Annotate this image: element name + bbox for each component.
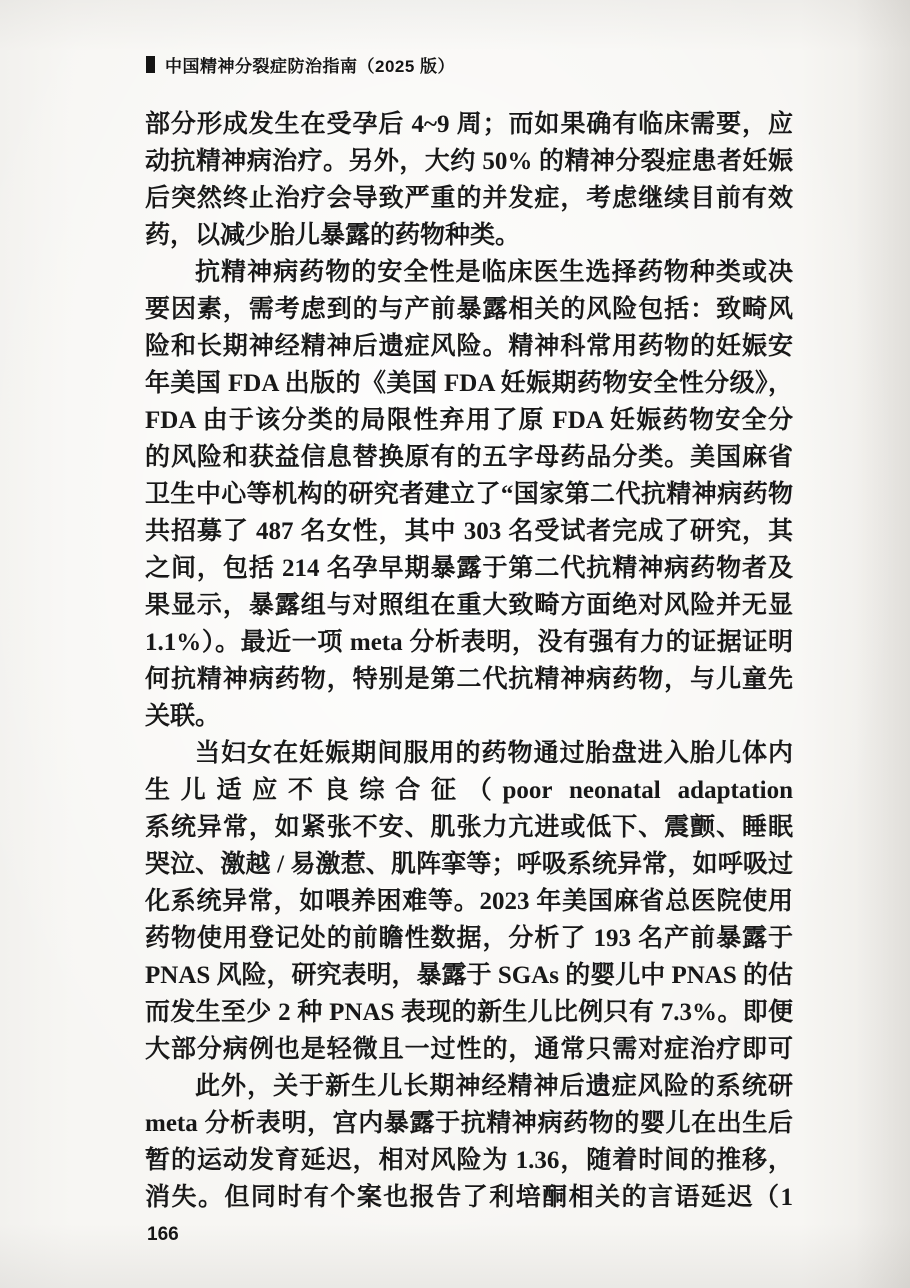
text-line: 药，以减少胎儿暴露的药物种类。 [145,217,793,254]
paragraph: 抗精神病药物的安全性是临床医生选择药物种类或决定是否换药的重要因素，需考虑到的与… [145,254,793,735]
text-line: 消失。但同时有个案也报告了利培酮相关的言语延迟（1 例）、氯氮平相关 [145,1179,793,1216]
text-line: 药物使用登记处的前瞻性数据，分析了 193 名产前暴露于 SGAs 的婴儿的 [145,920,793,957]
paragraph: 此外，关于新生儿长期神经精神后遗症风险的系统研究较少。一项meta 分析表明，宫… [145,1068,793,1216]
page-number: 166 [147,1224,179,1246]
text-line: 的风险和获益信息替换原有的五字母药品分类。美国麻省总医院妇女精神 [145,439,793,476]
text-line: 1.1%）。最近一项 meta 分析表明，没有强有力的证据证明产前暴露于任 [145,624,793,661]
header-title: 中国精神分裂症防治指南（2025 版） [165,52,455,77]
text-line: 卫生中心等机构的研究者建立了“国家第二代抗精神病药物妊娠登记处”， [145,476,793,513]
paragraph: 部分形成发生在受孕后 4~9 周；而如果确有临床需要，应在妊娠期间尽早启动抗精神… [145,106,793,254]
text-line: 要因素，需考虑到的与产前暴露相关的风险包括：致畸风险、新生儿毒性风 [145,291,793,328]
text-line: FDA 由于该分类的局限性弃用了原 FDA 妊娠药物安全分级，要求采用循证 [145,402,793,439]
text-line: 而发生至少 2 种 PNAS 表现的新生儿比例只有 7.3%。即便发生了 PNA… [145,994,793,1031]
text-line: 后突然终止治疗会导致严重的并发症，考虑继续目前有效的药物，而不是换 [145,180,793,217]
text-line: 之间，包括 214 名孕早期暴露于第二代抗精神病药物者及 89 名对照。结 [145,550,793,587]
text-line: 哭泣、激越 / 易激惹、肌阵挛等；呼吸系统异常，如呼吸过快、呼吸窘迫等；消 [145,846,793,883]
text-line: 年美国 FDA 出版的《美国 FDA 妊娠期药物安全性分级》，但 2015 年美… [145,365,793,402]
paragraph: 当妇女在妊娠期间服用的药物通过胎盘进入胎儿体内时，就会出现新生儿适应不良综合征（… [145,735,793,1068]
text-line: 险和长期神经精神后遗症风险。精神科常用药物的妊娠安全性曾参考 2008 [145,328,793,365]
text-line: 大部分病例也是轻微且一过性的，通常只需对症治疗即可治愈。 [145,1031,793,1068]
text-line: meta 分析表明，宫内暴露于抗精神病药物的婴儿在出生后 6 个月内存在短 [145,1105,793,1142]
document-body: 部分形成发生在受孕后 4~9 周；而如果确有临床需要，应在妊娠期间尽早启动抗精神… [145,106,793,1216]
text-line: 此外，关于新生儿长期神经精神后遗症风险的系统研究较少。一项 [145,1068,793,1105]
book-page: 中国精神分裂症防治指南（2025 版） 部分形成发生在受孕后 4~9 周；而如果… [0,0,910,1288]
text-line: 生儿适应不良综合征（poor neonatal adaptation syndr… [145,772,793,809]
text-line: 部分形成发生在受孕后 4~9 周；而如果确有临床需要，应在妊娠期间尽早启 [145,106,793,143]
text-line: 抗精神病药物的安全性是临床医生选择药物种类或决定是否换药的重 [145,254,793,291]
text-line: 何抗精神病药物，特别是第二代抗精神病药物，与儿童先天畸形之间存在 [145,661,793,698]
running-header: 中国精神分裂症防治指南（2025 版） [146,52,455,77]
text-line: 果显示，暴露组与对照组在重大致畸方面绝对风险并无显著差异（1.4% vs. [145,587,793,624]
text-line: 系统异常，如紧张不安、肌张力亢进或低下、震颤、睡眠困难、高音调 / 频繁 [145,809,793,846]
text-line: 关联。 [145,698,793,735]
text-line: 暂的运动发育延迟，相对风险为 1.36，随着时间的推移，这些缺陷逐渐自发 [145,1142,793,1179]
text-line: 动抗精神病治疗。另外，大约 50% 的精神分裂症患者妊娠是计划外的，妊娠 [145,143,793,180]
text-line: PNAS 风险，研究表明，暴露于 SGAs 的婴儿中 PNAS 的估计风险约为 … [145,957,793,994]
header-marker-icon [146,56,155,73]
text-line: 共招募了 487 名女性，其中 303 名受试者完成了研究，其年龄介于 18~4… [145,513,793,550]
text-line: 化系统异常，如喂养困难等。2023 年美国麻省总医院使用美国妊娠期精神 [145,883,793,920]
text-line: 当妇女在妊娠期间服用的药物通过胎盘进入胎儿体内时，就会出现新 [145,735,793,772]
